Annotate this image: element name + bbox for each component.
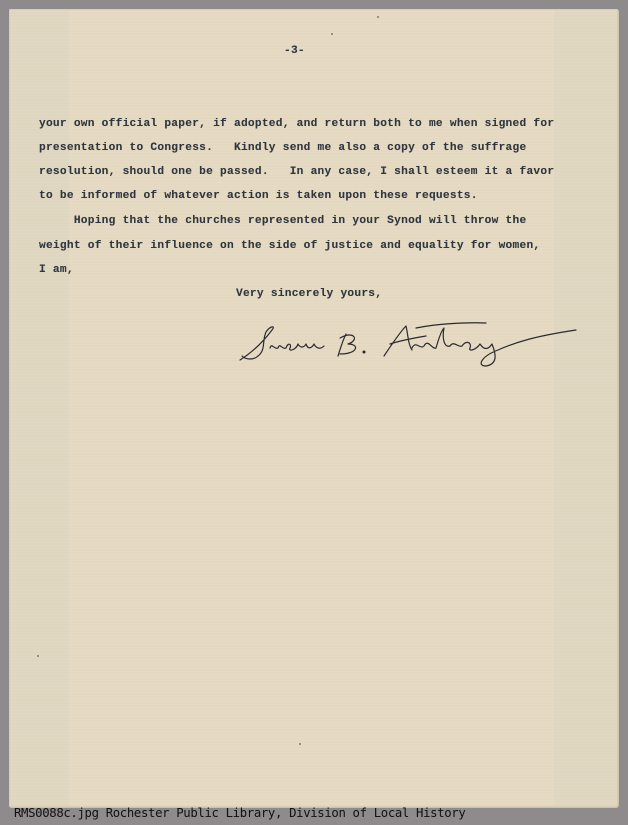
paper-speck: [331, 33, 333, 35]
image-caption: RMS0088c.jpg Rochester Public Library, D…: [14, 806, 465, 820]
paper-speck: [37, 655, 39, 657]
body-line: presentation to Congress. Kindly send me…: [39, 142, 526, 154]
paper-speck: [299, 743, 301, 745]
body-line: I am,: [39, 264, 74, 276]
body-line: your own official paper, if adopted, and…: [39, 118, 554, 130]
body-line: Hoping that the churches represented in …: [39, 215, 526, 227]
handwritten-signature: [236, 320, 596, 368]
body-line: weight of their influence on the side of…: [39, 240, 540, 252]
paper-speck: [377, 16, 379, 18]
closing: Very sincerely yours,: [236, 288, 382, 300]
body-line: resolution, should one be passed. In any…: [39, 166, 554, 178]
page-number: -3-: [284, 45, 305, 57]
body-line: to be informed of whatever action is tak…: [39, 190, 478, 202]
